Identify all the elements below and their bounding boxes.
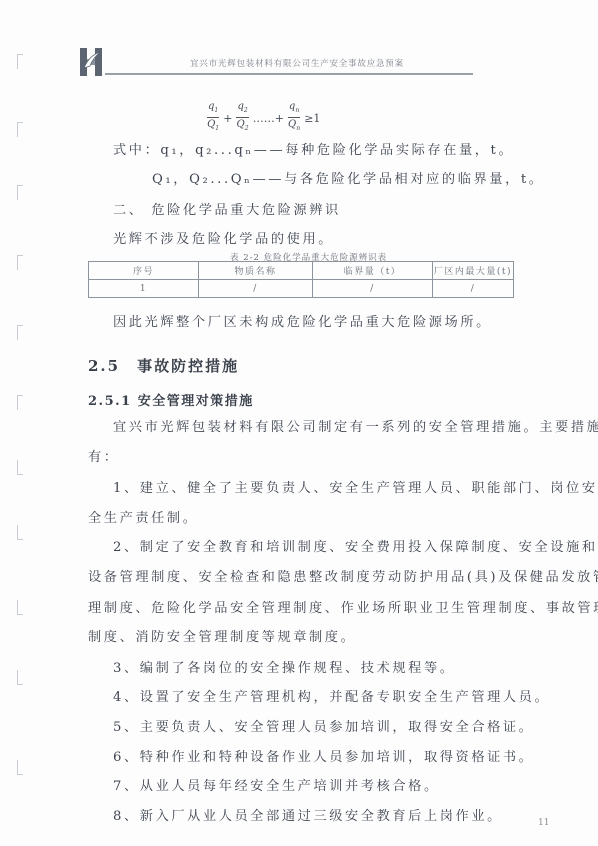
- table-header: 物质名称: [199, 262, 313, 280]
- binding-mark: [17, 600, 23, 615]
- fraction-n: qn Qn: [288, 100, 300, 136]
- binding-mark: [17, 54, 23, 69]
- list-item-cont: 全生产责任制。: [88, 507, 199, 526]
- conclusion-paragraph: 因此光辉整个厂区未构成危险化学品重大危险源场所。: [113, 311, 492, 330]
- list-item: 5、主要负责人、安全管理人员参加培训，取得安全合格证。: [113, 716, 534, 735]
- table-cell: /: [199, 280, 313, 298]
- intro-paragraph-cont: 有：: [88, 446, 120, 465]
- binding-mark: [17, 670, 23, 685]
- table-cell: /: [313, 280, 433, 298]
- binding-mark: [17, 185, 23, 200]
- threshold-formula: q1 Q1 + q2 Q2 ……+ qn Qn ≥1: [205, 100, 322, 136]
- intro-paragraph: 宜兴市光辉包装材料有限公司制定有一系列的安全管理措施。主要措施: [113, 416, 598, 435]
- section-heading-2-5: 2.5 事故防控措施: [88, 355, 239, 376]
- table-cell: 1: [89, 280, 199, 298]
- fraction-2: q2 Q2: [236, 100, 248, 136]
- list-item: 1、建立、健全了主要负责人、安全生产管理人员、职能部门、岗位安: [113, 477, 598, 496]
- page-number: 11: [538, 818, 549, 828]
- list-item: 6、特种作业和特种设备作业人员参加培训，取得资格证书。: [113, 746, 534, 765]
- binding-mark: [17, 255, 23, 270]
- binding-mark: [17, 525, 23, 540]
- table-header: 序号: [89, 262, 199, 280]
- list-item-cont: 制度、消防安全管理制度等规章制度。: [88, 626, 356, 645]
- header-title: 宜兴市光辉包装材料有限公司生产安全事故应急预案: [190, 57, 404, 69]
- binding-mark: [17, 460, 23, 475]
- table-header: 厂区内最大量(t): [433, 262, 514, 280]
- fraction-1: q1 Q1: [207, 100, 219, 136]
- table-header: 临界量（t）: [313, 262, 433, 280]
- list-item-cont: 理制度、危险化学品安全管理制度、作业场所职业卫生管理制度、事故管理: [88, 597, 598, 616]
- list-item-cont: 设备管理制度、安全检查和隐患整改制度劳动防护用品(具)及保健品发放管: [88, 566, 598, 585]
- list-item: 8、新入厂从业人员全部通过三级安全教育后上岗作业。: [113, 805, 503, 824]
- subsection-heading-2-5-1: 2.5.1 安全管理对策措施: [88, 390, 254, 409]
- table-header-row: 序号 物质名称 临界量（t） 厂区内最大量(t): [89, 262, 514, 280]
- hazard-identification-table: 序号 物质名称 临界量（t） 厂区内最大量(t) 1 / / /: [88, 261, 514, 298]
- header-rule: [105, 73, 473, 75]
- table-row: 1 / / /: [89, 280, 514, 298]
- list-item: 3、编制了各岗位的安全操作规程、技术规程等。: [113, 657, 456, 676]
- binding-mark: [17, 122, 23, 137]
- list-item: 4、设置了安全生产管理机构，并配备专职安全生产管理人员。: [113, 686, 550, 705]
- list-item: 2、制定了安全教育和培训制度、安全费用投入保障制度、安全设施和: [113, 536, 598, 555]
- list-item: 7、从业人员每年经安全生产培训并考核合格。: [113, 775, 440, 794]
- binding-mark: [17, 395, 23, 410]
- binding-mark: [17, 325, 23, 340]
- section-heading: 二、 危险化学品重大危险源辨识: [113, 199, 341, 218]
- definition-q: 式中：q₁，q₂...qₙ——每种危险化学品实际存在量，t。: [113, 139, 514, 158]
- binding-mark: [17, 760, 23, 775]
- paragraph: 光辉不涉及危险化学品的使用。: [113, 228, 334, 247]
- company-logo-icon: [80, 48, 102, 76]
- table-cell: /: [433, 280, 514, 298]
- definition-Q: Q₁，Q₂...Qₙ——与各危险化学品相对应的临界量，t。: [152, 168, 545, 187]
